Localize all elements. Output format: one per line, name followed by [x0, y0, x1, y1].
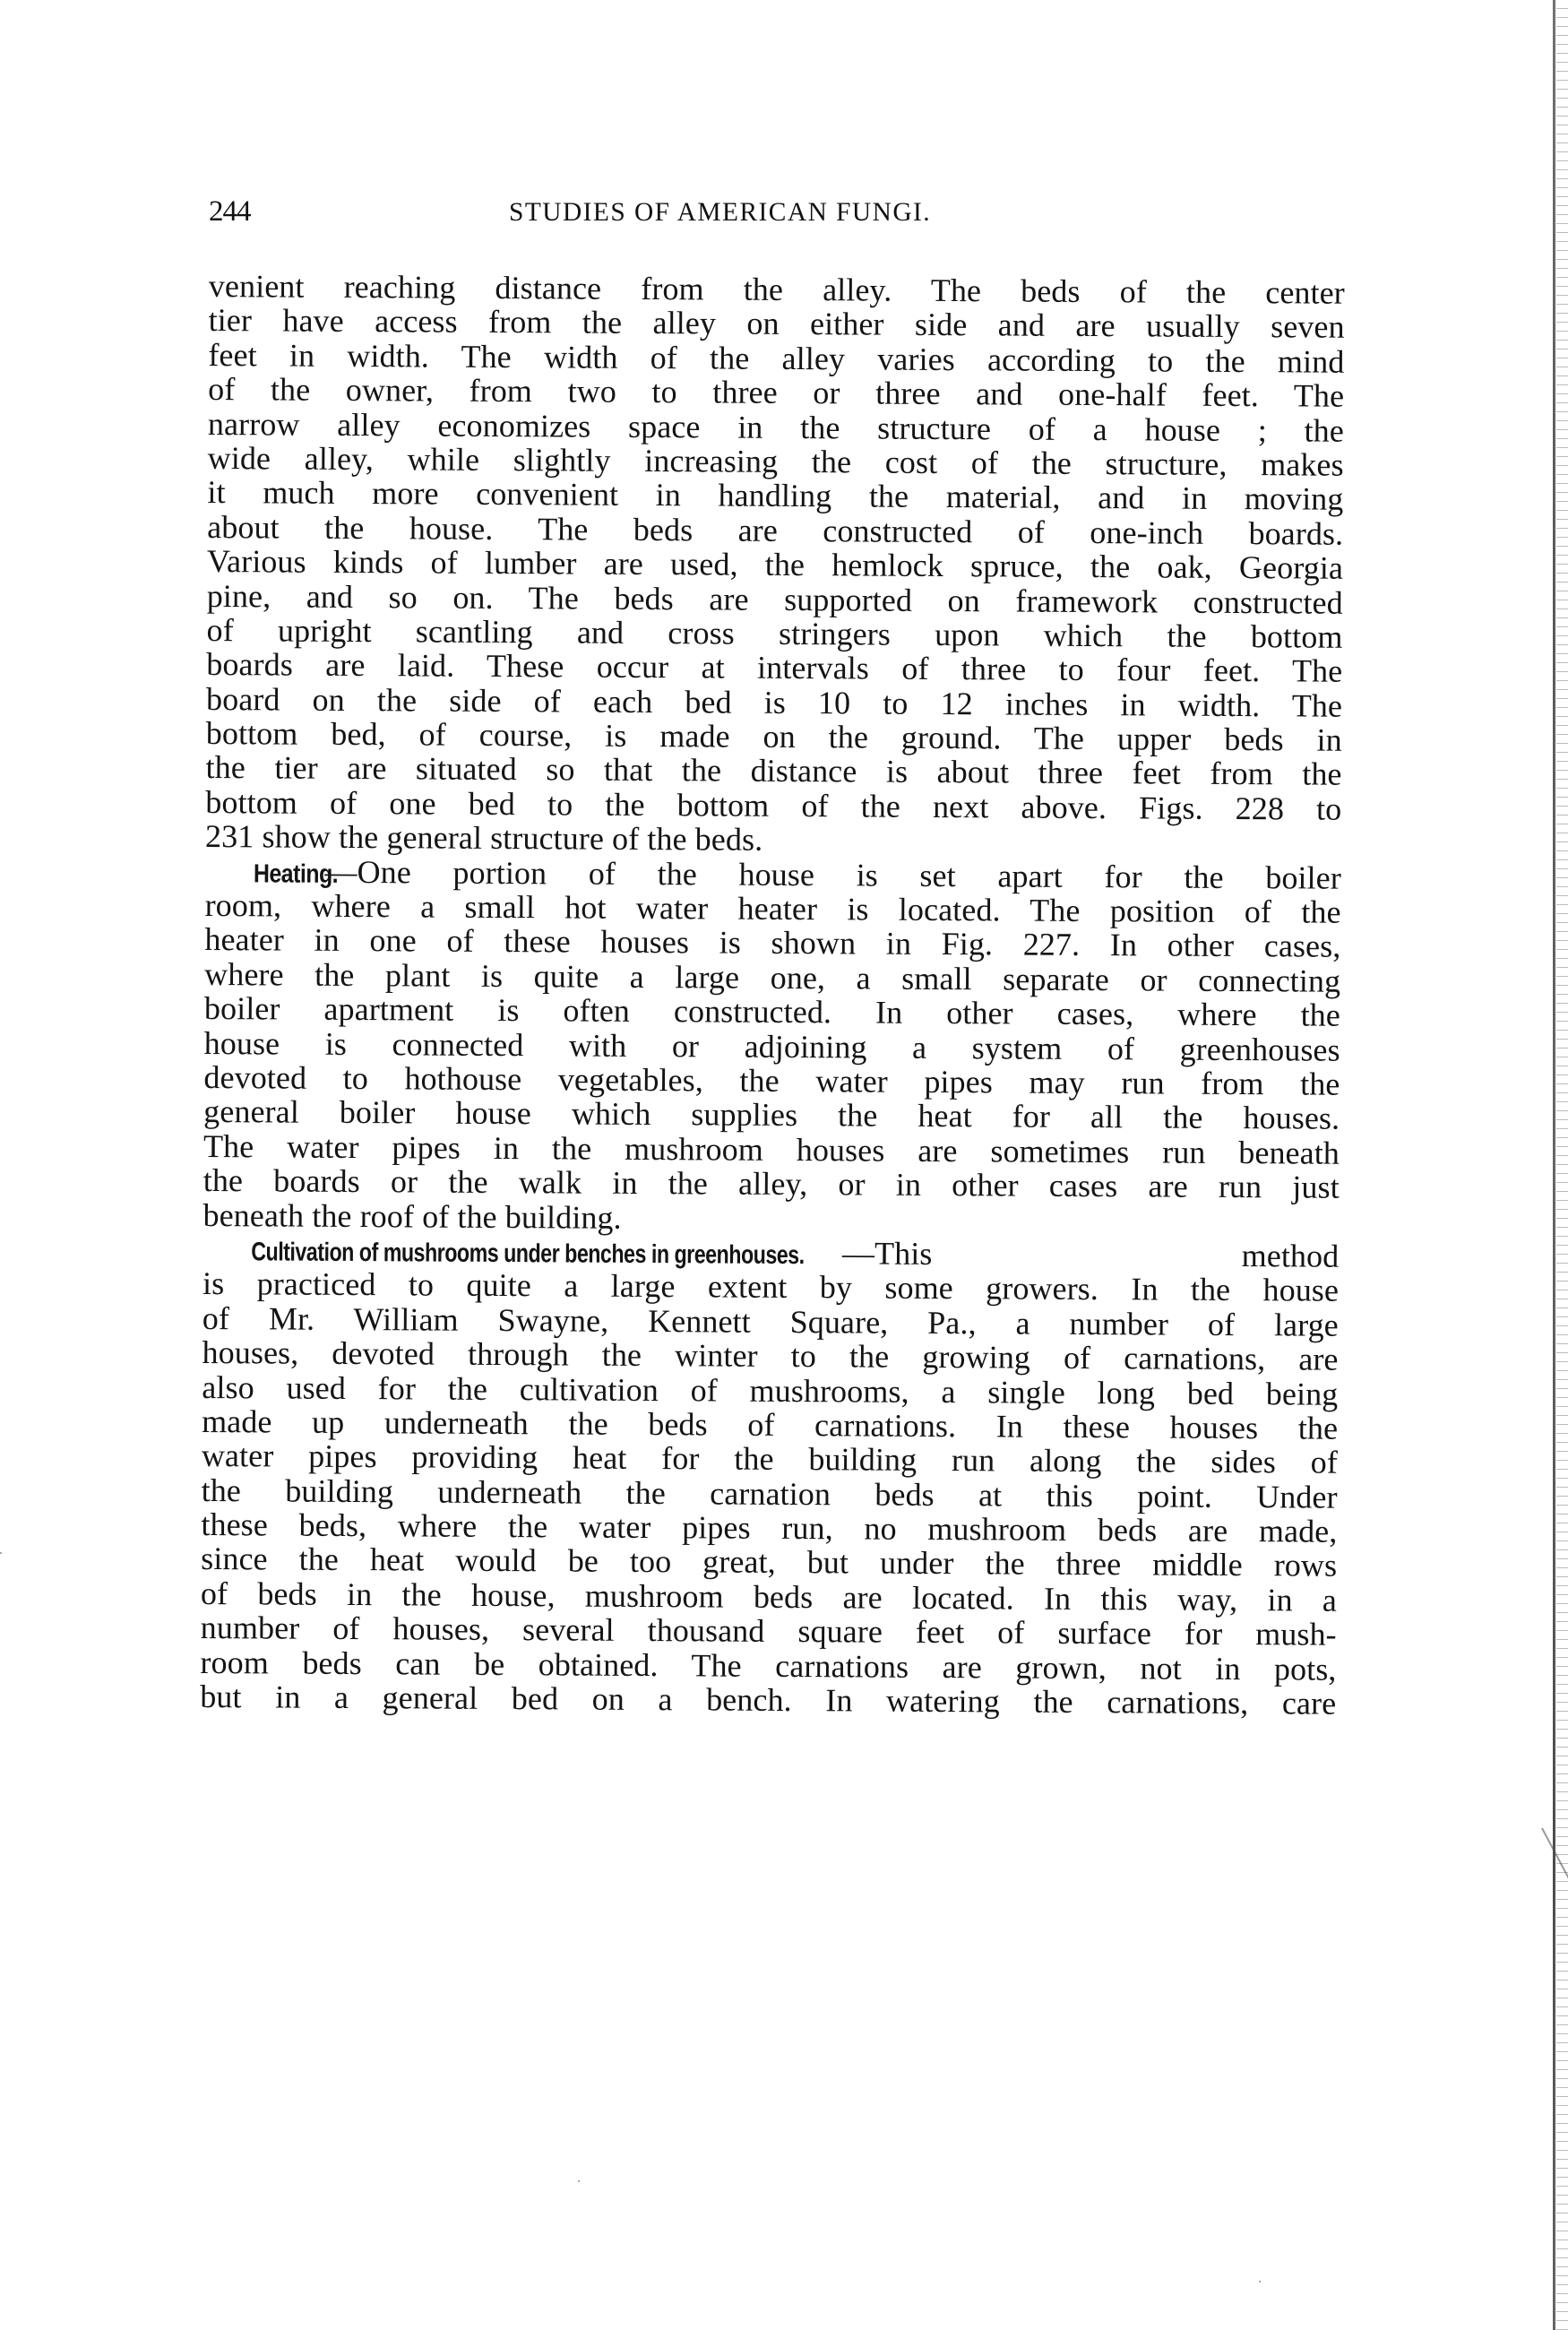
scan-speck — [578, 2180, 580, 2182]
section-heading-heating: Heating. — [254, 857, 338, 892]
paragraph-cultivation-under-benches: Cultivation of mushrooms under benches i… — [200, 1232, 1339, 1721]
paragraph-heating: Heating.—One portion of the house is set… — [202, 854, 1341, 1239]
section-heading-cultivation: Cultivation of mushrooms under benches i… — [251, 1235, 805, 1273]
text-line: but in a general bed on a bench. In wate… — [200, 1679, 1336, 1721]
scan-speck — [0, 1552, 2, 1554]
body-text: venient reaching distance from the alley… — [200, 269, 1345, 1721]
paragraph-beds-structure: venient reaching distance from the alley… — [205, 269, 1345, 860]
binding-edge-noise — [1556, 0, 1568, 2330]
page-number: 244 — [209, 195, 251, 229]
binding-edge — [1553, 0, 1555, 2330]
text-line: Cultivation of mushrooms under benches i… — [202, 1232, 1339, 1273]
heading-continuation: —This method — [842, 1235, 1340, 1273]
scan-speck — [1259, 2281, 1261, 2283]
book-page: 244 STUDIES OF AMERICAN FUNGI. venient r… — [0, 0, 1568, 2330]
running-title: STUDIES OF AMERICAN FUNGI. — [509, 197, 931, 228]
running-header: 244 STUDIES OF AMERICAN FUNGI. — [209, 195, 1342, 235]
